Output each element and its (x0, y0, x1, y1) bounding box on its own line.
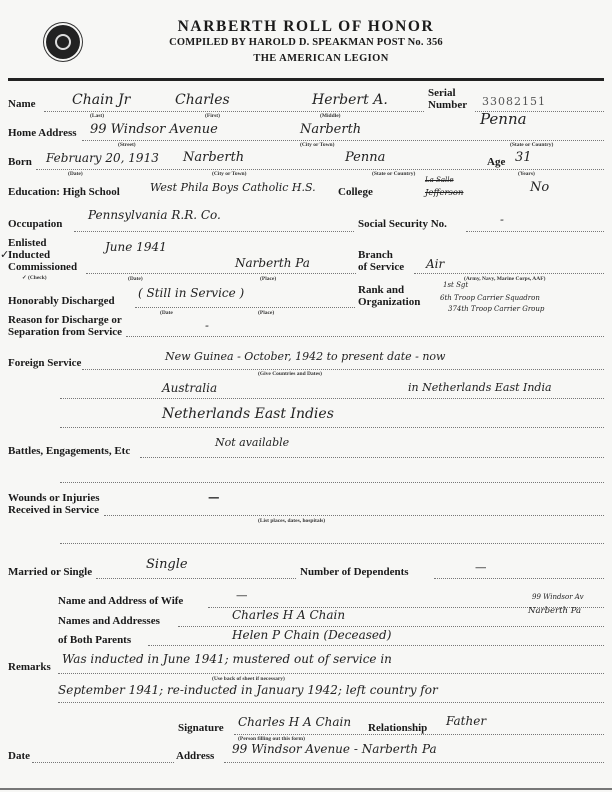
remarks-value-1[interactable]: Was inducted in June 1941; mustered out … (62, 652, 392, 666)
enlistment-place-value[interactable]: Narberth Pa (235, 256, 310, 270)
rank-label-line2: Organization (358, 296, 420, 308)
foreign-service-value-2b[interactable]: in Netherlands East India (408, 381, 552, 394)
serial-number-value[interactable]: 33082151 (482, 95, 546, 108)
form-title: NARBERTH ROLL OF HONOR (0, 18, 612, 36)
reason-discharge-label: Reason for Discharge or Separation from … (8, 314, 122, 338)
caption-foreign-service: (Give Countries and Dates) (258, 371, 322, 377)
caption-age: (Years) (518, 171, 535, 177)
remarks-line-2 (58, 702, 604, 703)
social-security-value[interactable]: - (500, 212, 504, 226)
wounds-label-line1: Wounds or Injuries (8, 492, 100, 504)
signature-value[interactable]: Charles H A Chain (238, 715, 351, 729)
marital-line (96, 578, 296, 579)
rank-label: Rank and Organization (358, 284, 420, 308)
college-value[interactable]: No (530, 180, 549, 195)
born-city-value[interactable]: Narberth (183, 150, 244, 165)
high-school-value[interactable]: West Phila Boys Catholic H.S. (150, 181, 316, 194)
parents-label-line2: of Both Parents (58, 631, 160, 650)
organization-value-1[interactable]: 6th Troop Carrier Squadron (440, 294, 540, 302)
caption-city: (City or Town) (300, 142, 334, 148)
wife-label: Name and Address of Wife (58, 595, 183, 607)
remarks-line-1 (58, 673, 604, 674)
serial-label-line1: Serial (428, 87, 467, 99)
foreign-service-line-2 (60, 398, 604, 399)
home-city-value[interactable]: Narberth (300, 122, 361, 137)
dependents-line (434, 578, 604, 579)
mother-value[interactable]: Helen P Chain (Deceased) (232, 628, 391, 642)
reason-value[interactable]: - (205, 318, 209, 332)
rank-label-line1: Rank and (358, 284, 420, 296)
parents-label: Names and Addresses of Both Parents (58, 612, 160, 650)
battles-label: Battles, Engagements, Etc (8, 445, 130, 457)
education-label: Education: High School (8, 186, 120, 198)
age-value[interactable]: 31 (515, 150, 532, 165)
address-value[interactable]: 99 Windsor Avenue - Narberth Pa (232, 742, 437, 756)
caption-middle: (Middle) (320, 113, 340, 119)
social-security-label: Social Security No. (358, 218, 447, 230)
branch-label: Branch of Service (358, 249, 404, 273)
foreign-service-label: Foreign Service (8, 357, 81, 369)
enlistment-line (86, 273, 356, 274)
occupation-label: Occupation (8, 218, 62, 230)
foreign-service-value-3[interactable]: Netherlands East Indies (162, 406, 334, 422)
college-struck-1: La Salle (425, 176, 454, 184)
rank-value[interactable]: 1st Sgt (443, 281, 468, 289)
college-struck-2: Jefferson (425, 188, 464, 198)
marital-status-value[interactable]: Single (146, 557, 188, 572)
battles-value[interactable]: Not available (215, 436, 289, 449)
branch-label-line1: Branch (358, 249, 404, 261)
remarks-value-2[interactable]: September 1941; re-inducted in January 1… (58, 683, 438, 697)
home-address-label: Home Address (8, 127, 77, 139)
signature-label: Signature (178, 722, 224, 734)
born-label: Born (8, 156, 32, 168)
caption-remarks: (Use back of sheet if necessary) (212, 676, 285, 682)
remarks-label: Remarks (8, 661, 51, 673)
occupation-line (74, 231, 354, 232)
caption-last: (Last) (90, 113, 104, 119)
caption-wounds: (List places, dates, hospitals) (258, 518, 325, 524)
parents-line-1 (178, 626, 604, 627)
roll-of-honor-form: NARBERTH ROLL OF HONOR COMPILED BY HAROL… (0, 0, 612, 792)
father-value[interactable]: Charles H A Chain (232, 608, 345, 622)
branch-value[interactable]: Air (426, 257, 444, 271)
foreign-service-value-1[interactable]: New Guinea - October, 1942 to present da… (165, 350, 445, 363)
wounds-value[interactable]: — (208, 490, 220, 504)
wife-value[interactable]: — (236, 588, 248, 602)
caption-born-city: (City or Town) (212, 171, 246, 177)
home-street-value[interactable]: 99 Windsor Avenue (90, 122, 218, 137)
home-address-line (82, 140, 604, 141)
marital-status-label: Married or Single (8, 566, 92, 578)
caption-check: ✓ (Check) (22, 275, 47, 281)
serial-label-line2: Number (428, 99, 467, 111)
social-security-line (466, 231, 604, 232)
parents-line-2 (148, 645, 604, 646)
option-inducted-label: Inducted (8, 249, 50, 261)
caption-enlist-place: (Place) (260, 276, 276, 282)
college-label: College (338, 186, 373, 198)
occupation-value[interactable]: Pennsylvania R.R. Co. (88, 208, 221, 222)
enlistment-date-value[interactable]: June 1941 (105, 240, 167, 254)
address-label: Address (176, 750, 214, 762)
wounds-line-2 (60, 543, 604, 544)
signature-line (234, 734, 604, 735)
organization-value-2[interactable]: 374th Troop Carrier Group (448, 305, 544, 313)
wounds-line-1 (104, 515, 604, 516)
foreign-service-line-3 (60, 427, 604, 428)
option-enlisted[interactable]: Enlisted (8, 237, 77, 249)
battles-line-1 (140, 457, 604, 458)
check-mark-icon: ✓ (0, 249, 9, 261)
caption-first: (First) (205, 113, 220, 119)
born-state-value[interactable]: Penna (345, 150, 385, 165)
discharge-label: Honorably Discharged (8, 295, 115, 307)
caption-born-date: (Date) (68, 171, 83, 177)
header-rule (8, 78, 604, 81)
caption-state: (State or Country) (510, 142, 553, 148)
caption-enlist-date: (Date) (128, 276, 143, 282)
date-label: Date (8, 750, 30, 762)
reason-label-line2: Separation from Service (8, 326, 122, 338)
bottom-edge (0, 788, 612, 790)
parents-label-line1: Names and Addresses (58, 612, 160, 631)
address-line (224, 762, 604, 763)
serial-number-label: Serial Number (428, 87, 467, 111)
caption-born-state: (State or Country) (372, 171, 415, 177)
wounds-label-line2: Received in Service (8, 504, 100, 516)
discharge-line (135, 307, 355, 308)
name-first-value[interactable]: Charles (175, 92, 230, 108)
relationship-value[interactable]: Father (446, 714, 486, 728)
caption-street: (Street) (118, 142, 136, 148)
organization-name: THE AMERICAN LEGION (0, 53, 612, 64)
parents-address-1[interactable]: 99 Windsor Av (532, 593, 584, 601)
born-date-value[interactable]: February 20, 1913 (46, 151, 159, 165)
caption-branch: (Army, Navy, Marine Corps, AAF) (464, 276, 545, 282)
wounds-label: Wounds or Injuries Received in Service (8, 492, 100, 516)
date-line (32, 762, 174, 763)
relationship-label: Relationship (368, 722, 427, 734)
age-label: Age (487, 156, 505, 168)
dependents-value[interactable]: — (475, 560, 487, 574)
enlistment-type-options: Enlisted ✓ Inducted Commissioned (8, 237, 77, 273)
name-line (44, 111, 424, 112)
foreign-service-line-1 (82, 369, 604, 370)
compiled-by: COMPILED BY HAROLD D. SPEAKMAN POST No. … (0, 37, 612, 48)
born-line (36, 169, 604, 170)
reason-line (126, 336, 604, 337)
battles-line-2 (60, 482, 604, 483)
branch-line (414, 273, 604, 274)
dependents-label: Number of Dependents (300, 566, 409, 578)
reason-label-line1: Reason for Discharge or (8, 314, 122, 326)
foreign-service-value-2a[interactable]: Australia (162, 381, 217, 395)
name-label: Name (8, 98, 36, 110)
branch-label-line2: of Service (358, 261, 404, 273)
name-middle-value[interactable]: Herbert A. (312, 92, 388, 108)
name-last-value[interactable]: Chain Jr (72, 92, 130, 108)
caption-discharge-date: (Date (160, 310, 173, 316)
home-state-value[interactable]: Penna (480, 110, 527, 128)
caption-discharge-place: (Place) (258, 310, 274, 316)
option-commissioned[interactable]: Commissioned (8, 261, 77, 273)
discharge-value[interactable]: ( Still in Service ) (138, 286, 244, 300)
option-inducted[interactable]: ✓ Inducted (8, 249, 77, 261)
parents-address-2[interactable]: Narberth Pa (528, 606, 581, 616)
